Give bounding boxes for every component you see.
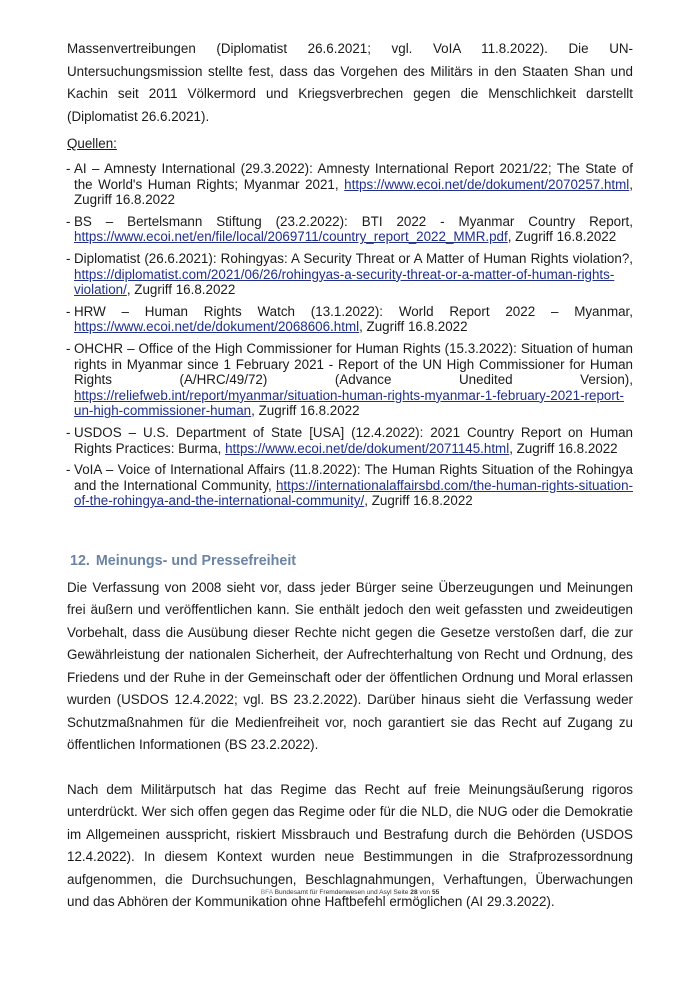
access-date: , Zugriff 16.8.2022: [251, 403, 359, 418]
page-current: 28: [410, 889, 417, 896]
access-date: , Zugriff 16.8.2022: [359, 319, 467, 334]
source-item: -VoIA – Voice of International Affairs (…: [67, 462, 633, 509]
list-dash: -: [66, 161, 70, 177]
source-link[interactable]: https://www.ecoi.net/de/dokument/2068606…: [74, 319, 359, 334]
document-page: Massenvertreibungen (Diplomatist 26.6.20…: [67, 38, 633, 914]
source-item: -Diplomatist (26.6.2021): Rohingyas: A S…: [67, 251, 633, 298]
sources-list: -AI – Amnesty International (29.3.2022):…: [67, 161, 633, 509]
org-name: Bundesamt für Fremdenwesen und Asyl: [275, 889, 392, 896]
list-dash: -: [66, 425, 70, 441]
access-date: , Zugriff 16.8.2022: [364, 493, 472, 508]
list-dash: -: [66, 304, 70, 320]
paragraph-spacer: [67, 757, 633, 779]
source-text: Diplomatist (26.6.2021): Rohingyas: A Se…: [74, 251, 633, 266]
page-total: 55: [432, 889, 439, 896]
source-link[interactable]: https://www.ecoi.net/de/dokument/2070257…: [344, 177, 629, 192]
page-separator: von: [419, 889, 430, 896]
section-heading: 12.Meinungs- und Pressefreiheit: [70, 553, 633, 569]
access-date: , Zugriff 16.8.2022: [509, 441, 617, 456]
list-dash: -: [66, 214, 70, 230]
source-item: -BS – Bertelsmann Stiftung (23.2.2022): …: [67, 214, 633, 245]
access-date: , Zugriff 16.8.2022: [508, 229, 616, 244]
section-number: 12.: [70, 553, 90, 569]
source-item: -HRW – Human Rights Watch (13.1.2022): W…: [67, 304, 633, 335]
org-abbreviation: BFA: [261, 889, 273, 896]
page-label: Seite: [393, 889, 408, 896]
list-dash: -: [66, 251, 70, 267]
source-link[interactable]: https://www.ecoi.net/de/dokument/2071145…: [225, 441, 509, 456]
intro-paragraph: Massenvertreibungen (Diplomatist 26.6.20…: [67, 38, 633, 128]
section-title: Meinungs- und Pressefreiheit: [96, 553, 296, 569]
sources-label: Quellen:: [67, 136, 633, 151]
access-date: , Zugriff 16.8.2022: [127, 282, 235, 297]
source-item: -USDOS – U.S. Department of State [USA] …: [67, 425, 633, 456]
list-dash: -: [66, 341, 70, 357]
source-item: -OHCHR – Office of the High Commissioner…: [67, 341, 633, 419]
source-item: -AI – Amnesty International (29.3.2022):…: [67, 161, 633, 208]
list-dash: -: [66, 462, 70, 478]
source-link[interactable]: https://www.ecoi.net/en/file/local/20697…: [74, 229, 508, 244]
source-text: HRW – Human Rights Watch (13.1.2022): Wo…: [74, 304, 633, 319]
source-text: BS – Bertelsmann Stiftung (23.2.2022): B…: [74, 214, 633, 229]
page-footer: BFA Bundesamt für Fremdenwesen und Asyl …: [0, 889, 700, 896]
section-paragraph: Die Verfassung von 2008 sieht vor, dass …: [67, 577, 633, 757]
source-text: OHCHR – Office of the High Commissioner …: [74, 341, 633, 387]
